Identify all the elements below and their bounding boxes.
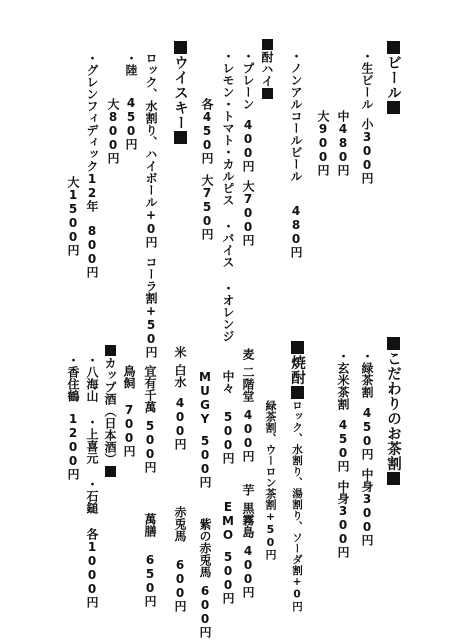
- category-label: 芋: [241, 484, 255, 496]
- shochu-tea-mixer-note: 緑茶割、ウーロン茶割+50円: [261, 400, 279, 560]
- section-title: 焼酎: [289, 355, 305, 385]
- item-price: 400円: [241, 118, 255, 172]
- menu-item-draft-beer: ・生ビール小300円: [358, 50, 376, 184]
- item-price: 500円: [198, 434, 212, 488]
- square-bullet-icon: [387, 101, 400, 114]
- item-price: 大750円: [200, 174, 214, 240]
- item-name: ・八海山 ・上喜元 ・石鎚: [85, 354, 99, 514]
- section-title: 酎ハイ: [260, 51, 274, 87]
- item-name: 中々: [221, 370, 235, 394]
- note-text: 緑茶割、ウーロン茶割+50円: [264, 400, 277, 560]
- item-price: 大700円: [241, 180, 255, 246]
- section-title: こだわりのお茶割: [385, 351, 401, 471]
- square-bullet-icon: [174, 41, 187, 54]
- note-text: ロック、水割り、ハイボール+0円: [144, 52, 158, 248]
- shochu-row-3: MUGY500円紫の赤兎馬600円: [196, 370, 214, 638]
- item-price: 大1500円: [66, 176, 80, 256]
- item-price: 450円: [124, 96, 138, 150]
- square-bullet-icon: [262, 88, 273, 99]
- shochu-heading: 焼酎ロック、水割り、湯割り、ソーダ割+0円: [287, 340, 307, 612]
- item-price: 大800円: [106, 98, 120, 164]
- item-name: ・玄米茶割: [336, 350, 350, 410]
- item-name: 紫の赤兎馬: [198, 518, 212, 578]
- square-bullet-icon: [291, 341, 304, 354]
- whisky-heading: ウイスキー: [170, 40, 190, 145]
- glenfiddich-large-price: 大1500円: [64, 176, 82, 256]
- menu-item-nonalcohol-beer: ・ノンアルコールビール480円: [287, 50, 305, 258]
- item-price: 600円: [198, 584, 212, 638]
- item-name: 白水: [173, 364, 187, 388]
- item-name: ・ノンアルコールビール: [289, 50, 303, 182]
- item-name: MUGY: [198, 370, 212, 426]
- section-title: ビール: [385, 55, 401, 100]
- item-price: 小300円: [360, 118, 374, 184]
- item-price: 700円: [122, 403, 136, 457]
- item-price: 各1000円: [85, 528, 99, 608]
- item-name: 萬膳: [143, 513, 157, 537]
- flavored-chuhai-prices: 各450円大750円: [198, 98, 216, 240]
- whisky-mixer-note: ロック、水割り、ハイボール+0円コーラ割+50円: [142, 52, 160, 358]
- menu-item-glenfiddich: ・グレンフィディック12年800円: [83, 52, 101, 278]
- section-title: カップ酒（日本酒）: [103, 357, 117, 465]
- item-price: 400円: [241, 408, 255, 462]
- item-price: 各450円: [200, 98, 214, 164]
- draft-beer-large-price: 大900円: [314, 110, 332, 176]
- item-price: 400円: [173, 396, 187, 450]
- item-price: 400円: [241, 544, 255, 598]
- item-price: 1200円: [66, 412, 80, 480]
- cup-sake-heading: カップ酒（日本酒）: [101, 344, 119, 478]
- shochu-row-1: 麦二階堂400円芋黒霧島400円: [239, 348, 257, 598]
- shochu-row-6: 鳥飼700円: [120, 365, 138, 457]
- shochu-row-4: 米白水400円赤兎馬600円: [171, 346, 189, 612]
- item-name: ・グレンフィディック12年: [85, 52, 99, 212]
- menu-item-genmai-tea-highball: ・玄米茶割450円中身300円: [334, 350, 352, 558]
- item-name: ・陸: [124, 52, 138, 76]
- draft-beer-medium-price: 中480円: [334, 110, 352, 176]
- item-price: 大900円: [316, 110, 330, 176]
- square-bullet-icon: [387, 41, 400, 54]
- category-label: 米: [173, 346, 187, 358]
- item-price: 中480円: [336, 110, 350, 176]
- shochu-row-2: 中々500円EMO500円: [219, 370, 237, 604]
- refill-price: 中身300円: [360, 468, 374, 546]
- menu-item-green-tea-highball: ・緑茶割450円中身300円: [358, 350, 376, 546]
- note-text: ロック、水割り、湯割り、ソーダ割+0円: [291, 400, 303, 612]
- cup-sake-items-b: ・香住鶴1200円: [64, 354, 82, 480]
- cup-sake-items-a: ・八海山 ・上喜元 ・石鎚各1000円: [83, 354, 101, 608]
- tea-heading: こだわりのお茶割: [383, 336, 403, 486]
- item-price: 480円: [289, 204, 303, 258]
- beer-heading: ビール: [383, 40, 403, 115]
- chuhai-heading: 酎ハイ: [258, 38, 276, 100]
- item-name: 赤兎馬: [173, 506, 187, 542]
- menu-item-plain-chuhai: ・プレーン400円大700円: [239, 50, 257, 246]
- item-price: 450円: [360, 406, 374, 460]
- square-bullet-icon: [174, 131, 187, 144]
- item-name: EMO: [221, 500, 235, 542]
- menu-item-flavored-chuhai: ・レモン・トマト・カルピス ・バイス ・オレンジ: [219, 50, 237, 342]
- refill-price: 中身300円: [336, 480, 350, 558]
- item-name: ・プレーン: [241, 50, 255, 110]
- item-name: ・レモン・トマト・カルピス ・バイス ・オレンジ: [221, 50, 235, 342]
- note-text: コーラ割+50円: [144, 256, 158, 358]
- item-price: 450円: [336, 418, 350, 472]
- square-bullet-icon: [387, 337, 400, 350]
- square-bullet-icon: [291, 386, 304, 399]
- item-price: 500円: [221, 550, 235, 604]
- item-price: 650円: [143, 553, 157, 607]
- category-label: 麦: [241, 348, 255, 360]
- item-name: 鳥飼: [122, 365, 136, 389]
- item-price: 600円: [173, 558, 187, 612]
- square-bullet-icon: [387, 472, 400, 485]
- item-name: ・緑茶割: [360, 350, 374, 398]
- square-bullet-icon: [105, 345, 116, 356]
- shochu-row-5: 宜有千萬500円萬膳650円: [141, 365, 159, 607]
- square-bullet-icon: [105, 466, 116, 477]
- item-price: 500円: [221, 410, 235, 464]
- item-name: 黒霧島: [241, 502, 255, 538]
- menu-item-riku: ・陸450円: [122, 52, 140, 150]
- item-name: 二階堂: [241, 366, 255, 402]
- item-name: 宜有千萬: [143, 365, 157, 413]
- item-price: 800円: [85, 224, 99, 278]
- square-bullet-icon: [262, 39, 273, 50]
- item-name: ・生ビール: [360, 50, 374, 110]
- item-price: 500円: [143, 419, 157, 473]
- item-name: ・香住鶴: [66, 354, 80, 402]
- riku-large-price: 大800円: [104, 98, 122, 164]
- section-title: ウイスキー: [172, 55, 188, 130]
